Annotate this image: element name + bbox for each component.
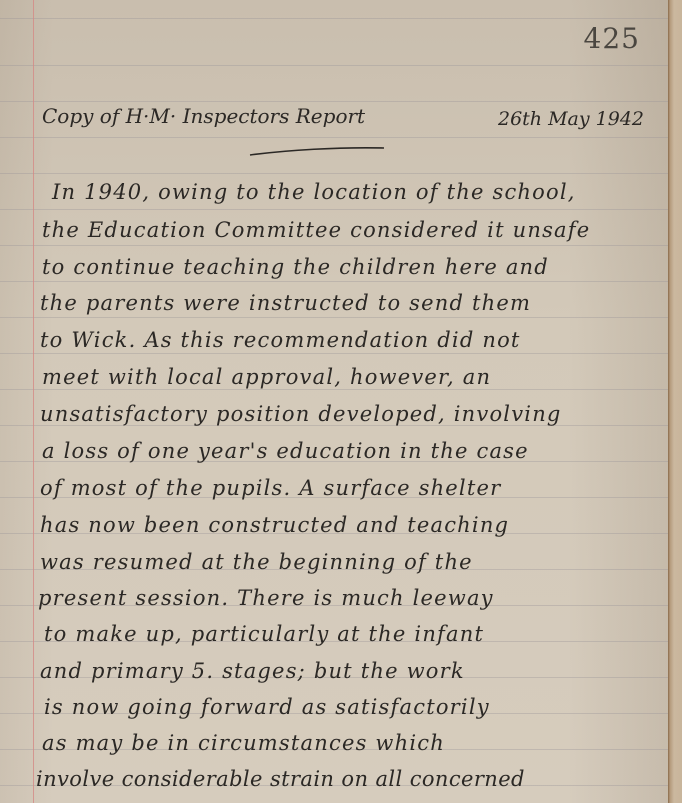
body-line: to continue teaching the children here a… [42,255,549,279]
underline-stroke [248,146,386,156]
body-line: the parents were instructed to send them [40,291,531,315]
body-line: In 1940, owing to the location of the sc… [52,180,576,204]
body-line: involve considerable strain on all conce… [36,767,525,791]
body-line: of most of the pupils. A surface shelter [40,476,501,500]
body-line: and primary 5. stages; but the work [40,659,465,683]
body-line: unsatisfactory position developed, invol… [40,402,562,426]
page-number: 425 [584,22,640,55]
body-line: a loss of one year's education in the ca… [42,439,529,463]
book-binding-edge [668,0,682,803]
body-line: has now been constructed and teaching [40,513,509,537]
body-line: was resumed at the beginning of the [40,550,473,574]
margin-line [33,0,34,803]
ledger-page: 425 Copy of H·M· Inspectors Report 26th … [0,0,668,803]
body-line: to Wick. As this recommendation did not [40,328,521,352]
body-line: the Education Committee considered it un… [42,218,590,242]
body-line: as may be in circumstances which [42,731,445,755]
heading-date: 26th May 1942 [498,108,644,130]
heading-title: Copy of H·M· Inspectors Report [42,104,365,128]
body-line: is now going forward as satisfactorily [44,695,490,719]
body-line: present session. There is much leeway [38,586,494,610]
body-line: to make up, particularly at the infant [44,622,484,646]
body-line: meet with local approval, however, an [42,365,491,389]
